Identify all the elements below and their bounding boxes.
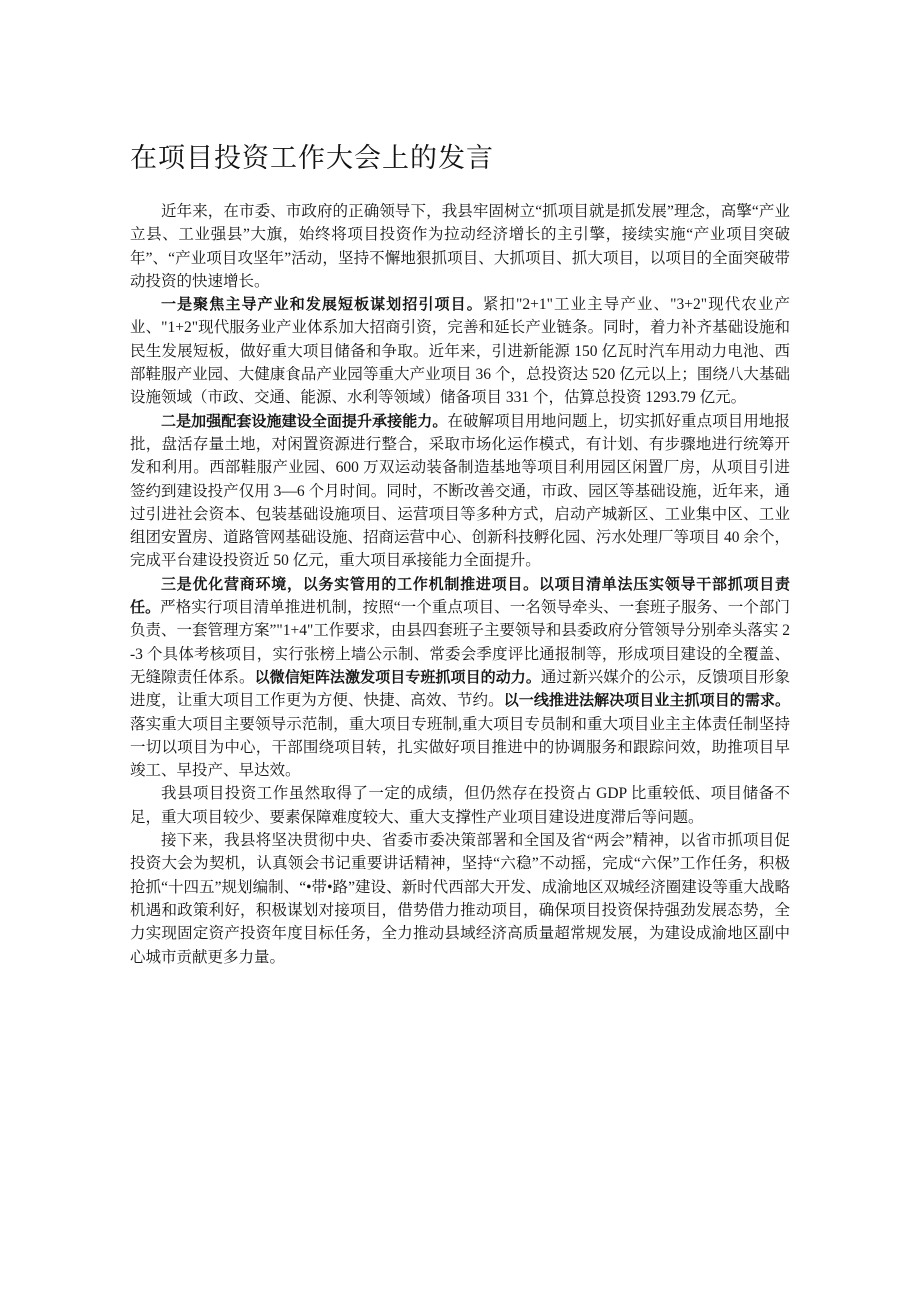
- paragraph: 我县项目投资工作虽然取得了一定的成绩，但仍然存在投资占 GDP 比重较低、项目储…: [130, 782, 790, 829]
- paragraph-bold-run: 一是聚焦主导产业和发展短板谋划招引项目。: [161, 296, 483, 313]
- paragraph-text-run: 我县项目投资工作虽然取得了一定的成绩，但仍然存在投资占 GDP 比重较低、项目储…: [130, 785, 790, 825]
- paragraph-text-run: 落实重大项目主要领导示范制，重大项目专班制,重大项目专员制和重大项目业主主体责任…: [130, 716, 790, 780]
- paragraph-text-run: 近年来，在市委、市政府的正确领导下，我县牢固树立“抓项目就是抓发展”理念，高擎“…: [130, 203, 790, 290]
- document-page: 在项目投资工作大会上的发言 近年来，在市委、市政府的正确领导下，我县牢固树立“抓…: [0, 0, 920, 1301]
- paragraph: 一是聚焦主导产业和发展短板谋划招引项目。紧扣"2+1"工业主导产业、"3+2"现…: [130, 293, 790, 409]
- paragraph-text-run: 在破解项目用地问题上，切实抓好重点项目用地报批，盘活存量土地，对闲置资源进行整合…: [130, 413, 790, 570]
- paragraph-text-run: 接下来，我县将坚决贯彻中央、省委市委决策部署和全国及省“两会”精神，以省市抓项目…: [130, 832, 790, 965]
- document-title: 在项目投资工作大会上的发言: [130, 140, 790, 176]
- paragraph: 接下来，我县将坚决贯彻中央、省委市委决策部署和全国及省“两会”精神，以省市抓项目…: [130, 829, 790, 969]
- paragraph-bold-run: 以一线推进法解决项目业主抓项目的需求。: [504, 692, 790, 709]
- document-body: 近年来，在市委、市政府的正确领导下，我县牢固树立“抓项目就是抓发展”理念，高擎“…: [130, 200, 790, 969]
- paragraph: 二是加强配套设施建设全面提升承接能力。在破解项目用地问题上，切实抓好重点项目用地…: [130, 410, 790, 573]
- paragraph: 三是优化营商环境，以务实管用的工作机制推进项目。以项目清单法压实领导干部抓项目责…: [130, 573, 790, 783]
- paragraph-bold-run: 以微信矩阵法激发项目专班抓项目的动力。: [255, 669, 541, 686]
- paragraph-bold-run: 二是加强配套设施建设全面提升承接能力。: [161, 413, 447, 430]
- paragraph: 近年来，在市委、市政府的正确领导下，我县牢固树立“抓项目就是抓发展”理念，高擎“…: [130, 200, 790, 293]
